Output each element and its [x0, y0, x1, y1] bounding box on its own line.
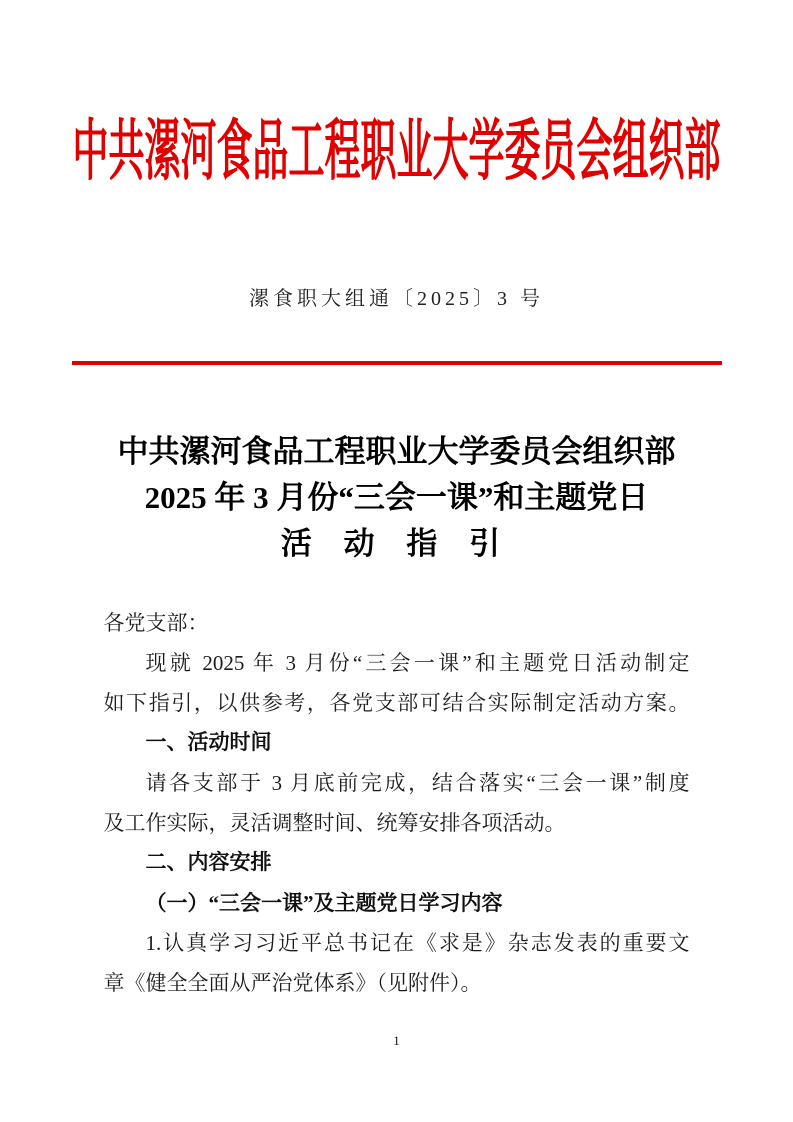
document-reference-number: 漯食职大组通〔2025〕3 号 [0, 286, 793, 312]
document-page: 中共漯河食品工程职业大学委员会组织部 漯食职大组通〔2025〕3 号 中共漯河食… [0, 0, 793, 1122]
letterhead: 中共漯河食品工程职业大学委员会组织部 [0, 106, 793, 186]
document-body: 各党支部：现就 2025 年 3 月份“三会一课”和主题党日活动制定如下指引，以… [104, 603, 690, 1003]
document-title: 中共漯河食品工程职业大学委员会组织部 2025 年 3 月份“三会一课”和主题党… [0, 429, 793, 567]
letterhead-org-name: 中共漯河食品工程职业大学委员会组织部 [72, 99, 720, 193]
body-line: 如下指引，以供参考，各党支部可结合实际制定活动方案。 [104, 683, 690, 723]
body-line: （一）“三会一课”及主题党日学习内容 [104, 883, 690, 923]
body-line: 一、活动时间 [104, 723, 690, 763]
body-line: 二、内容安排 [104, 843, 690, 883]
document-title-line2: 2025 年 3 月份“三会一课”和主题党日 [0, 475, 793, 521]
red-separator-rule [72, 361, 722, 365]
document-title-line1: 中共漯河食品工程职业大学委员会组织部 [0, 429, 793, 475]
body-line: 现就 2025 年 3 月份“三会一课”和主题党日活动制定 [104, 643, 690, 683]
body-line: 1.认真学习习近平总书记在《求是》杂志发表的重要文 [104, 923, 690, 963]
body-line: 及工作实际，灵活调整时间、统筹安排各项活动。 [104, 803, 690, 843]
body-line: 章《健全全面从严治党体系》（见附件）。 [104, 963, 690, 1003]
body-line: 各党支部： [104, 603, 690, 643]
page-number: 1 [0, 1033, 793, 1049]
body-line: 请各支部于 3 月底前完成，结合落实“三会一课”制度 [104, 763, 690, 803]
document-title-line3: 活 动 指 引 [0, 521, 793, 567]
